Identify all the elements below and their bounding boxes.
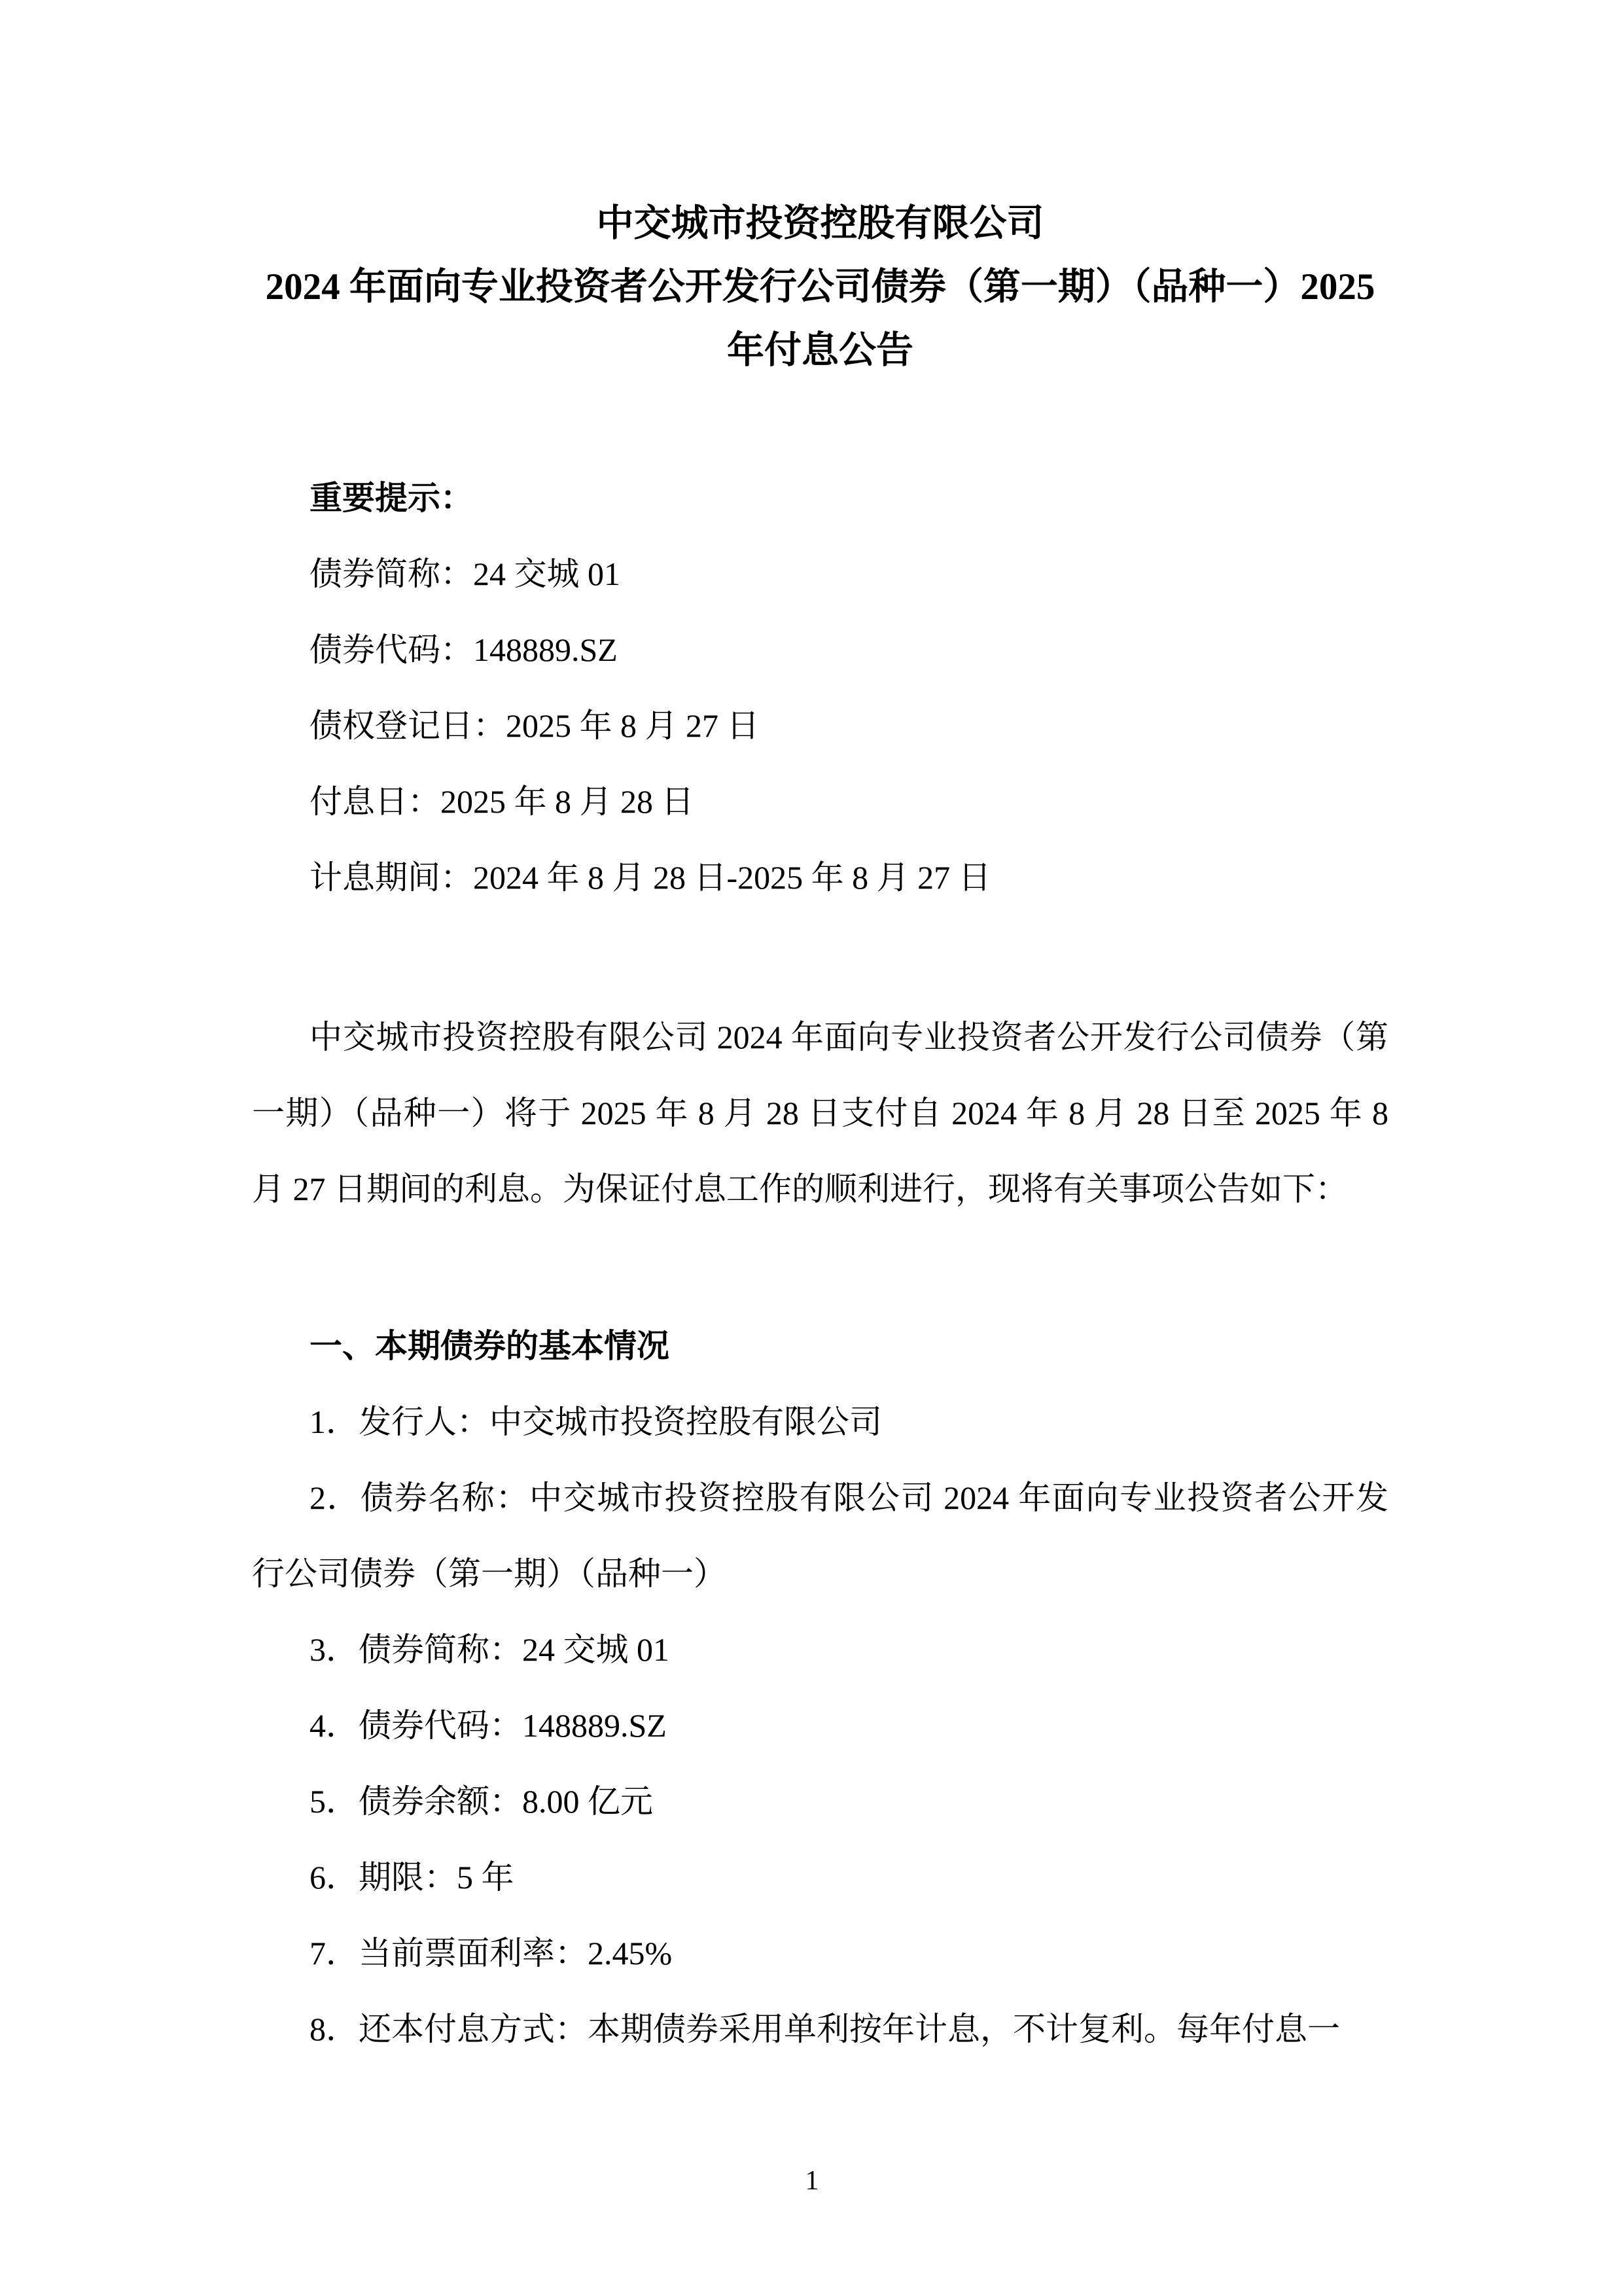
title-line-1: 中交城市投资控股有限公司 <box>252 192 1388 255</box>
notice-bond-code: 债券代码：148889.SZ <box>252 612 1388 688</box>
section1-item-bond-balance: 5．债券余额：8.00 亿元 <box>252 1763 1388 1839</box>
section1-item-coupon-rate: 7．当前票面利率：2.45% <box>252 1915 1388 1991</box>
notice-bond-short-name: 债券简称：24 交城 01 <box>252 536 1388 612</box>
notice-interest-period: 计息期间：2024 年 8 月 28 日-2025 年 8 月 27 日 <box>252 839 1388 915</box>
important-notice-section: 重要提示： 债券简称：24 交城 01 债券代码：148889.SZ 债权登记日… <box>252 460 1388 915</box>
section1-item-bond-short-name: 3．债券简称：24 交城 01 <box>252 1612 1388 1687</box>
section1-heading: 一、本期债券的基本情况 <box>252 1308 1388 1384</box>
document-page: 中交城市投资控股有限公司 2024 年面向专业投资者公开发行公司债券（第一期）（… <box>0 0 1624 2296</box>
section1-item-bond-name: 2．债券名称：中交城市投资控股有限公司 2024 年面向专业投资者公开发行公司债… <box>252 1460 1388 1612</box>
title-line-3: 年付息公告 <box>252 319 1388 382</box>
section1-item-repayment-method: 8．还本付息方式：本期债券采用单利按年计息，不计复利。每年付息一 <box>252 1991 1388 2067</box>
page-number: 1 <box>0 2167 1624 2195</box>
section1-item-term: 6．期限：5 年 <box>252 1839 1388 1915</box>
intro-paragraph: 中交城市投资控股有限公司 2024 年面向专业投资者公开发行公司债券（第一期）（… <box>252 999 1388 1227</box>
section1-item-issuer: 1．发行人：中交城市投资控股有限公司 <box>252 1384 1388 1460</box>
document-title: 中交城市投资控股有限公司 2024 年面向专业投资者公开发行公司债券（第一期）（… <box>252 192 1388 382</box>
notice-record-date: 债权登记日：2025 年 8 月 27 日 <box>252 688 1388 764</box>
notice-payment-date: 付息日：2025 年 8 月 28 日 <box>252 764 1388 839</box>
title-line-2: 2024 年面向专业投资者公开发行公司债券（第一期）（品种一）2025 <box>252 255 1388 319</box>
important-notice-heading: 重要提示： <box>252 460 1388 536</box>
section-basic-info: 一、本期债券的基本情况 1．发行人：中交城市投资控股有限公司 2．债券名称：中交… <box>252 1308 1388 2067</box>
section1-item-bond-code: 4．债券代码：148889.SZ <box>252 1687 1388 1763</box>
